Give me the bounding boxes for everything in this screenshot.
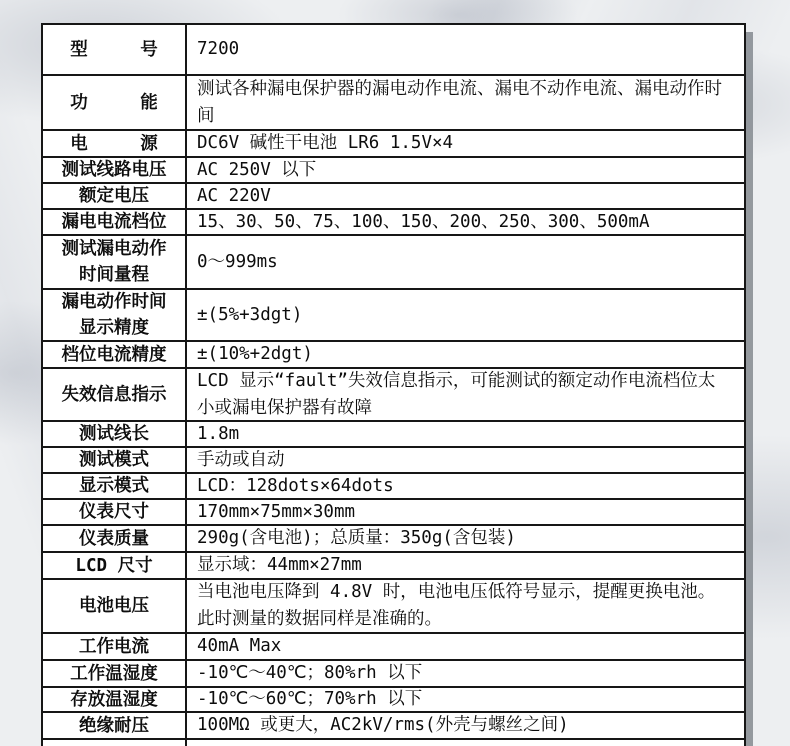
spec-label: 仪表质量 (43, 526, 187, 551)
spec-label: 工作温湿度 (43, 661, 187, 686)
table-row-meter-weight: 仪表质量 290g(含电池)；总质量：350g(含包装) (43, 526, 744, 553)
table-row-function: 功 能 测试各种漏电保护器的漏电动作电流、漏电不动作电流、漏电动作时间 (43, 76, 744, 131)
spec-value: 显示域：44mm×27mm (187, 553, 744, 578)
spec-label: 漏电动作时间 显示精度 (43, 290, 187, 340)
spec-value: -10℃～40℃；80%rh 以下 (187, 661, 744, 686)
table-row-lead-length: 测试线长 1.8m (43, 422, 744, 448)
spec-value: DC6V 碱性干电池 LR6 1.5V×4 (187, 131, 744, 156)
table-row-display-mode: 显示模式 LCD：128dots×64dots (43, 474, 744, 500)
spec-value: AC 250V 以下 (187, 158, 744, 182)
spec-value: 7200 (187, 25, 744, 74)
spec-label: 显示模式 (43, 474, 187, 498)
spec-label: 测试漏电动作 时间量程 (43, 236, 187, 288)
spec-value: 40mA Max (187, 634, 744, 659)
spec-label: 档位电流精度 (43, 342, 187, 367)
spec-label: 仪表尺寸 (43, 500, 187, 524)
table-row-battery-voltage: 电池电压 当电池电压降到 4.8V 时，电池电压低符号显示，提醒更换电池。此时测… (43, 580, 744, 634)
spec-value: 手动或自动 (187, 448, 744, 472)
spec-value: 290g(含电池)；总质量：350g(含包装) (187, 526, 744, 551)
spec-table: 型 号 7200 功 能 测试各种漏电保护器的漏电动作电流、漏电不动作电流、漏电… (41, 23, 746, 746)
spec-label: 绝缘耐压 (43, 713, 187, 738)
table-row-model: 型 号 7200 (43, 25, 744, 76)
spec-label (43, 740, 187, 746)
spec-label: 电池电压 (43, 580, 187, 632)
spec-label: 测试模式 (43, 448, 187, 472)
spec-label: 工作电流 (43, 634, 187, 659)
table-row-test-mode: 测试模式 手动或自动 (43, 448, 744, 474)
spec-label: 存放温湿度 (43, 688, 187, 711)
table-row-insulation: 绝缘耐压 100MΩ 或更大，AC2kV/rms(外壳与螺丝之间) (43, 713, 744, 740)
spec-value: 当电池电压降到 4.8V 时，电池电压低符号显示，提醒更换电池。此时测量的数据同… (187, 580, 744, 632)
spec-label: 测试线长 (43, 422, 187, 446)
table-row-fault-indication: 失效信息指示 LCD 显示“fault”失效信息指示，可能测试的额定动作电流档位… (43, 369, 744, 422)
table-row-operating-temp: 工作温湿度 -10℃～40℃；80%rh 以下 (43, 661, 744, 688)
table-row-rated-voltage: 额定电压 AC 220V (43, 184, 744, 210)
spec-label: 测试线路电压 (43, 158, 187, 182)
spec-value: LCD：128dots×64dots (187, 474, 744, 498)
table-row-lcd-size: LCD 尺寸 显示域：44mm×27mm (43, 553, 744, 580)
table-row-time-accuracy: 漏电动作时间 显示精度 ±(5%+3dgt) (43, 290, 744, 342)
spec-label: 功 能 (43, 76, 187, 129)
spec-value: 170mm×75mm×30mm (187, 500, 744, 524)
spec-value: AC 220V (187, 184, 744, 208)
table-row-trip-time-range: 测试漏电动作 时间量程 0～999ms (43, 236, 744, 290)
spec-value: ±(5%+3dgt) (187, 290, 744, 340)
spec-label: 型 号 (43, 25, 187, 74)
table-row-test-line-voltage: 测试线路电压 AC 250V 以下 (43, 158, 744, 184)
spec-label: 电 源 (43, 131, 187, 156)
spec-label: 失效信息指示 (43, 369, 187, 420)
table-row-clipped (43, 740, 744, 746)
spec-value: 15、30、50、75、100、150、200、250、300、500mA (187, 210, 744, 234)
table-row-current-ranges: 漏电电流档位 15、30、50、75、100、150、200、250、300、5… (43, 210, 744, 236)
spec-label: LCD 尺寸 (43, 553, 187, 578)
table-row-operating-current: 工作电流 40mA Max (43, 634, 744, 661)
spec-value: 1.8m (187, 422, 744, 446)
spec-label: 漏电电流档位 (43, 210, 187, 234)
table-row-power: 电 源 DC6V 碱性干电池 LR6 1.5V×4 (43, 131, 744, 158)
spec-value: 100MΩ 或更大，AC2kV/rms(外壳与螺丝之间) (187, 713, 744, 738)
spec-value: 测试各种漏电保护器的漏电动作电流、漏电不动作电流、漏电动作时间 (187, 76, 744, 129)
table-row-meter-size: 仪表尺寸 170mm×75mm×30mm (43, 500, 744, 526)
spec-label: 额定电压 (43, 184, 187, 208)
spec-value: 0～999ms (187, 236, 744, 288)
spec-value (187, 740, 744, 746)
spec-value: -10℃～60℃；70%rh 以下 (187, 688, 744, 711)
table-row-storage-temp: 存放温湿度 -10℃～60℃；70%rh 以下 (43, 688, 744, 713)
table-row-range-accuracy: 档位电流精度 ±(10%+2dgt) (43, 342, 744, 369)
spec-value: ±(10%+2dgt) (187, 342, 744, 367)
spec-value: LCD 显示“fault”失效信息指示，可能测试的额定动作电流档位太小或漏电保护… (187, 369, 744, 420)
